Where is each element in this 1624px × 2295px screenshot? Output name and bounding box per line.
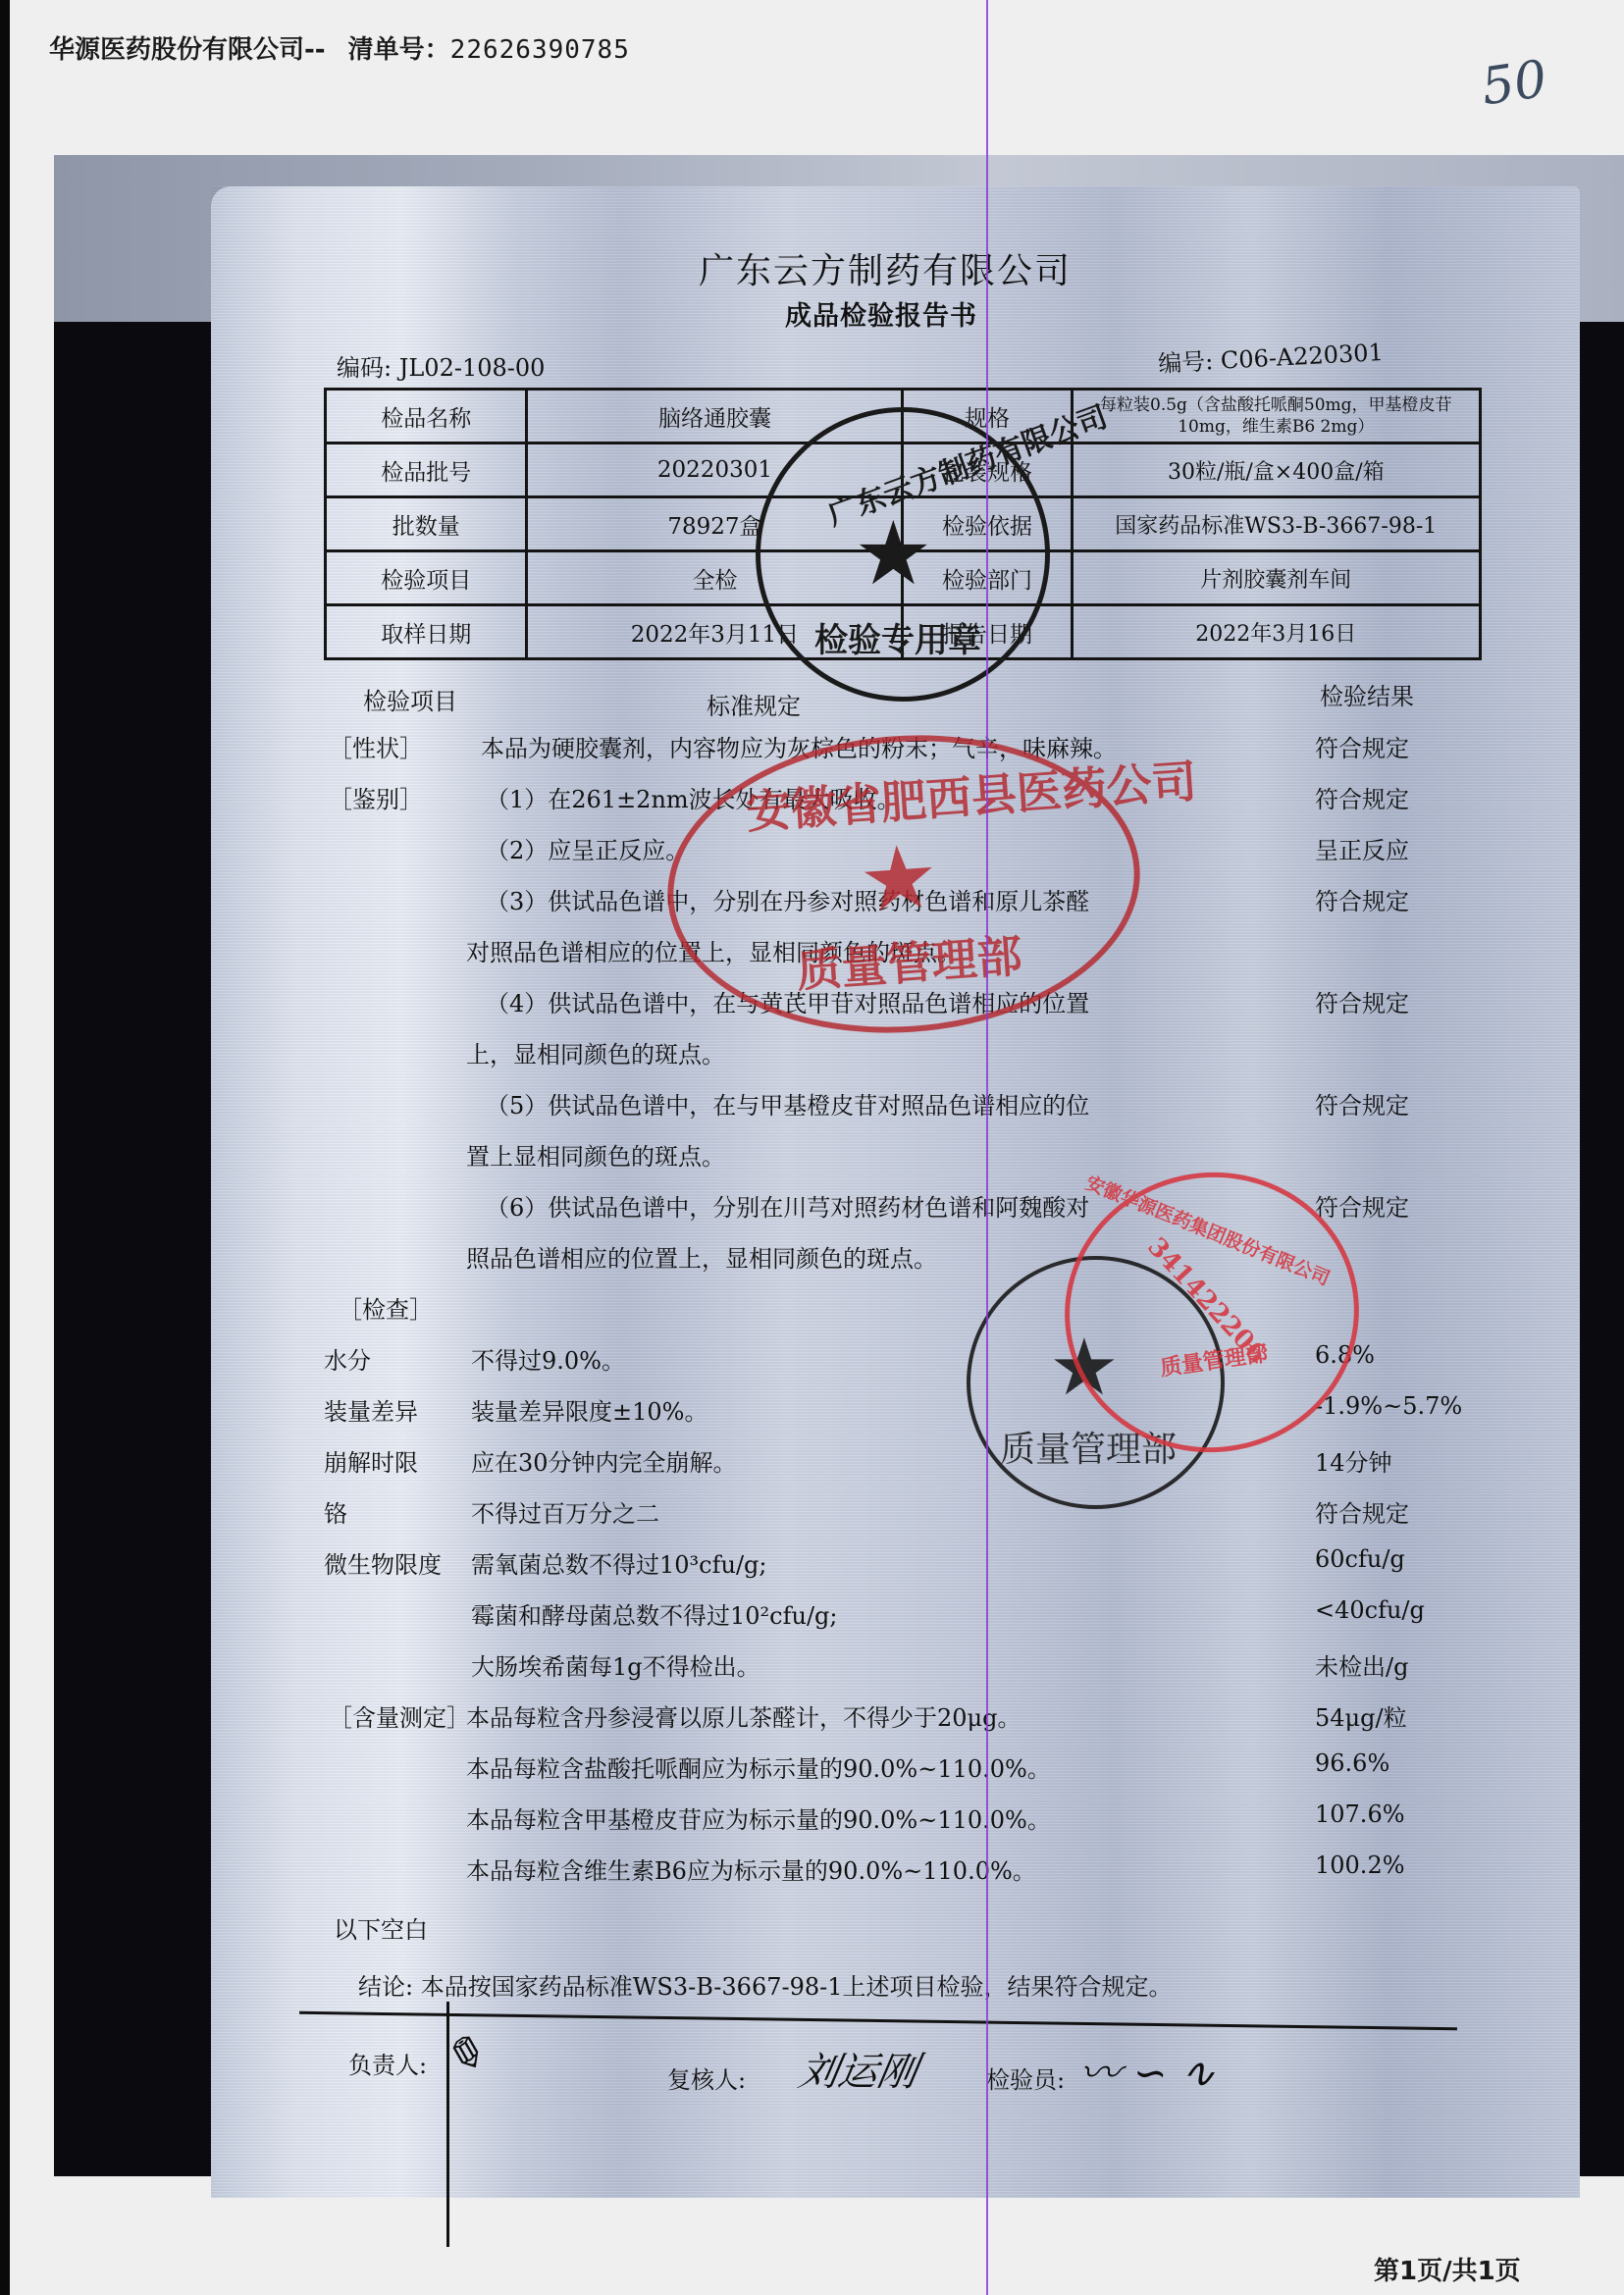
responsible-label: 负责人: — [348, 2046, 427, 2080]
standard-line: 置上显相同颜色的斑点。 — [466, 1137, 725, 1172]
check-item-name: 装量差异 — [324, 1392, 418, 1427]
header-item: 检验项目 — [363, 682, 457, 716]
inspector-signatures: 〰 ∽ ∿ — [1074, 2041, 1222, 2100]
check-item-name: 崩解时限 — [324, 1443, 418, 1478]
page-indicator: 第1页/共1页 — [1374, 2251, 1521, 2287]
conclusion-text: 本品按国家药品标准WS3-B-3667-98-1上述项目检验，结果符合规定。 — [421, 1973, 1173, 2001]
info-label: 取样日期 — [326, 605, 527, 659]
check-item-result: -1.9%~5.7% — [1315, 1392, 1462, 1420]
info-label: 检品批号 — [326, 443, 527, 497]
result-value: 100.2% — [1315, 1852, 1405, 1879]
check-item-standard: 霉菌和酵母菌总数不得过10²cfu/g; — [471, 1596, 837, 1631]
section-category: ［鉴别］ — [329, 780, 423, 814]
reviewer-label: 复核人: — [667, 2060, 746, 2095]
info-label: 批数量 — [326, 497, 527, 551]
check-item-standard: 需氧菌总数不得过10³cfu/g; — [471, 1545, 766, 1580]
info-value2: 片剂胶囊剂车间 — [1072, 551, 1480, 605]
section-category: ［性状］ — [329, 729, 423, 763]
inspection-stamp: 广东云方制药有限公司 ★ 检验专用章 — [756, 407, 1050, 702]
result-value: 符合规定 — [1315, 780, 1409, 814]
conclusion-label: 结论: — [358, 1973, 413, 2001]
section-category: ［含量测定］ — [329, 1698, 470, 1733]
check-item-result: 14分钟 — [1315, 1443, 1392, 1478]
result-value: 符合规定 — [1315, 984, 1409, 1018]
info-value2: 每粒装0.5g（含盐酸托哌酮50mg，甲基橙皮苷10mg，维生素B6 2mg） — [1072, 390, 1480, 443]
standard-line: （6）供试品色谱中，分别在川芎对照药材色谱和阿魏酸对 — [486, 1188, 1089, 1223]
result-value: 呈正反应 — [1315, 831, 1409, 865]
inspector-label: 检验员: — [986, 2060, 1065, 2095]
info-value2: 2022年3月16日 — [1072, 605, 1480, 659]
document-header: 华源医药股份有限公司-- 清单号：22626390785 — [49, 29, 630, 66]
handwritten-page-mark: 50 — [1478, 50, 1550, 118]
report-code: 编码: JL02-108-00 — [337, 348, 545, 383]
stamp-inner-text: 质量管理部 — [794, 920, 1023, 1001]
report-company-name: 广东云方制药有限公司 — [699, 243, 1072, 293]
check-item-standard: 应在30分钟内完全崩解。 — [471, 1443, 737, 1478]
info-label: 检品名称 — [326, 390, 527, 443]
list-number-label: 清单号： — [348, 35, 450, 65]
check-item-name: 水分 — [324, 1341, 371, 1376]
left-scan-border — [0, 0, 10, 2295]
standard-line: （2）应呈正反应。 — [486, 831, 689, 865]
result-value: 符合规定 — [1315, 1086, 1409, 1121]
report-title: 成品检验报告书 — [785, 294, 977, 333]
check-item-result: 符合规定 — [1315, 1494, 1409, 1529]
check-item-standard: 装量差异限度±10%。 — [471, 1392, 707, 1427]
info-value2: 国家药品标准WS3-B-3667-98-1 — [1072, 497, 1480, 551]
stamp-inner-text: 质量管理部 — [1158, 1337, 1269, 1382]
header-standard: 标准规定 — [707, 687, 801, 721]
scanner-guide-line — [986, 0, 988, 2295]
standard-line: 本品每粒含丹参浸膏以原儿茶醛计，不得少于20μg。 — [466, 1698, 1022, 1733]
result-value: 54μg/粒 — [1315, 1698, 1407, 1733]
check-item-result: 60cfu/g — [1315, 1545, 1405, 1573]
star-icon: ★ — [854, 510, 933, 599]
standard-line: 照品色谱相应的位置上，显相同颜色的斑点。 — [466, 1239, 937, 1274]
standard-line: 上，显相同颜色的斑点。 — [466, 1035, 725, 1069]
check-item-result: <40cfu/g — [1315, 1596, 1425, 1624]
reviewer-signature: 刘运刚 — [795, 2041, 922, 2097]
code-label: 编码: — [337, 354, 392, 382]
conclusion: 结论: 本品按国家药品标准WS3-B-3667-98-1上述项目检验，结果符合规… — [358, 1967, 1173, 2002]
check-item-name: 铬 — [324, 1494, 347, 1529]
result-value: 107.6% — [1315, 1800, 1405, 1828]
header-company: 华源医药股份有限公司-- — [49, 35, 326, 65]
signature-stroke — [446, 2002, 449, 2247]
check-item-standard: 大肠埃希菌每1g不得检出。 — [471, 1647, 760, 1682]
check-item-standard: 不得过百万分之二 — [471, 1494, 659, 1529]
standard-line: 本品每粒含维生素B6应为标示量的90.0%~110.0%。 — [466, 1852, 1036, 1886]
standard-line: 本品每粒含甲基橙皮苷应为标示量的90.0%~110.0%。 — [466, 1800, 1051, 1835]
info-label: 检验项目 — [326, 551, 527, 605]
blank-note: 以下空白 — [334, 1910, 428, 1945]
check-item-name: 微生物限度 — [324, 1545, 442, 1580]
standard-line: 本品每粒含盐酸托哌酮应为标示量的90.0%~110.0%。 — [466, 1749, 1051, 1784]
result-value: 符合规定 — [1315, 1188, 1409, 1223]
list-number: 22626390785 — [450, 35, 630, 65]
code-value: JL02-108-00 — [399, 354, 546, 382]
number-label: 编号: — [1158, 347, 1214, 378]
info-value2: 30粒/瓶/盒×400盒/箱 — [1072, 443, 1480, 497]
result-value: 96.6% — [1315, 1749, 1389, 1777]
result-value: 符合规定 — [1315, 729, 1409, 763]
check-item-result: 未检出/g — [1315, 1647, 1408, 1682]
result-value: 符合规定 — [1315, 882, 1409, 916]
header-result: 检验结果 — [1320, 677, 1414, 711]
star-icon: ★ — [857, 833, 942, 926]
standard-line: （5）供试品色谱中，在与甲基橙皮苷对照品色谱相应的位 — [486, 1086, 1089, 1121]
stamp-inner-text: 检验专用章 — [814, 613, 981, 661]
section-category: ［检查］ — [339, 1290, 433, 1325]
check-item-standard: 不得过9.0%。 — [471, 1341, 625, 1376]
